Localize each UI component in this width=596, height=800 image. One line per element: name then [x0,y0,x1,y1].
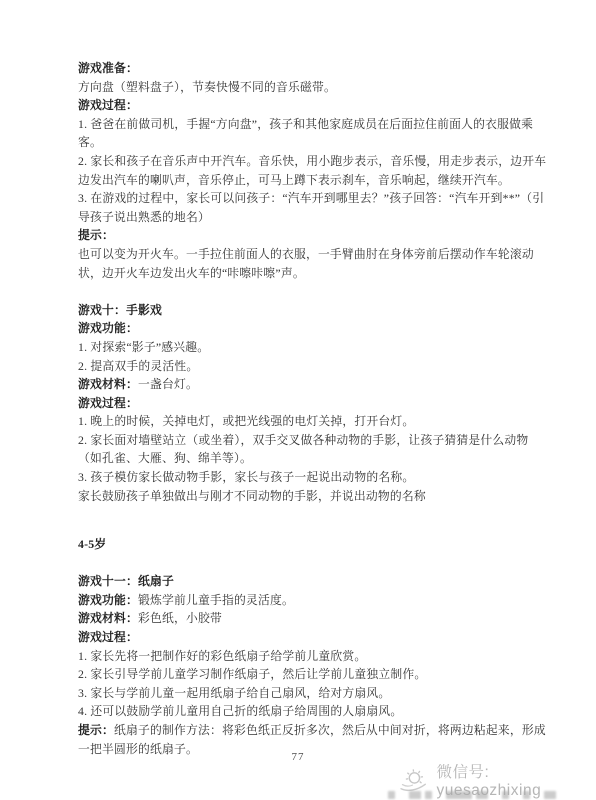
text-line: 游戏材料：一盏台灯。 [78,375,538,394]
text-line: 2. 提高双手的灵活性。 [78,357,538,376]
text-line: 游戏过程： [78,96,538,115]
text-line: 1. 家长先将一把制作好的彩色纸扇子给学前儿童欣赏。 [78,647,538,666]
text-line: 导孩子说出熟悉的地名） [78,208,538,227]
text-line: （如孔雀、大雁、狗、绵羊等）。 [78,449,538,468]
text-line: 2. 家长和孩子在音乐声中开汽车。音乐快，用小跑步表示，音乐慢，用走步表示，边开… [78,152,538,171]
text-line: 游戏功能：锻炼学前儿童手指的灵活度。 [78,591,538,610]
text-line: 边发出汽车的喇叭声，音乐停止，可马上蹲下表示刹车，音乐响起，继续开汽车。 [78,171,538,190]
text-line: 客。 [78,133,538,152]
text-line: 游戏材料：彩色纸，小胶带 [78,609,538,628]
text-line: 提示：纸扇子的制作方法：将彩色纸正反折多次，然后从中间对折，将两边粘起来，形成 [78,721,538,740]
text-line: 游戏准备： [78,59,538,78]
text-line: 提示： [78,226,538,245]
text-line: 游戏过程： [78,628,538,647]
text-line: 1. 对探索“影子”感兴趣。 [78,338,538,357]
watermark-partial-line [388,791,556,800]
text-line: 3. 在游戏的过程中，家长可以问孩子：“汽车开到哪里去？”孩子回答：“汽车开到*… [78,189,538,208]
text-line: 4. 还可以鼓励学前儿童用自己折的纸扇子给周围的人扇扇风。 [78,702,538,721]
paragraph-gap [78,554,538,573]
document-page: { "document": { "lines": [ {"parts": [{"… [0,0,596,800]
text-line: 也可以变为开火车。一手拉住前面人的衣服，一手臂曲肘在身体旁前后摆动作车轮滚动 [78,245,538,264]
paragraph-gap [78,282,538,301]
text-line: 游戏过程： [78,394,538,413]
text-line: 状，边开火车边发出火车的“咔嚓咔嚓”声。 [78,264,538,283]
text-line: 游戏十一：纸扇子 [78,572,538,591]
text-line: 4-5岁 [78,535,538,554]
paragraph-gap [78,505,538,535]
text-line: 1. 爸爸在前做司机，手握“方向盘”，孩子和其他家庭成员在后面拉住前面人的衣服做… [78,115,538,134]
text-line: 游戏功能： [78,319,538,338]
text-line: 方向盘（塑料盘子），节奏快慢不同的音乐磁带。 [78,78,538,97]
text-line: 游戏十：手影戏 [78,301,538,320]
text-line: 3. 孩子模仿家长做动物手影，家长与孩子一起说出动物的名称。 [78,468,538,487]
text-line: 2. 家长引导学前儿童学习制作纸扇子，然后让学前儿童独立制作。 [78,665,538,684]
text-line: 家长鼓励孩子单独做出与刚才不同动物的手影，并说出动物的名称 [78,487,538,506]
text-line: 2. 家长面对墙壁站立（或坐着），双手交叉做各种动物的手影，让孩子猜猜是什么动物 [78,431,538,450]
text-line: 3. 家长与学前儿童一起用纸扇子给自己扇风，给对方扇风。 [78,684,538,703]
document-body: 游戏准备：方向盘（塑料盘子），节奏快慢不同的音乐磁带。游戏过程：1. 爸爸在前做… [78,59,538,758]
text-line: 1. 晚上的时候，关掉电灯，或把光线强的电灯关掉，打开台灯。 [78,412,538,431]
